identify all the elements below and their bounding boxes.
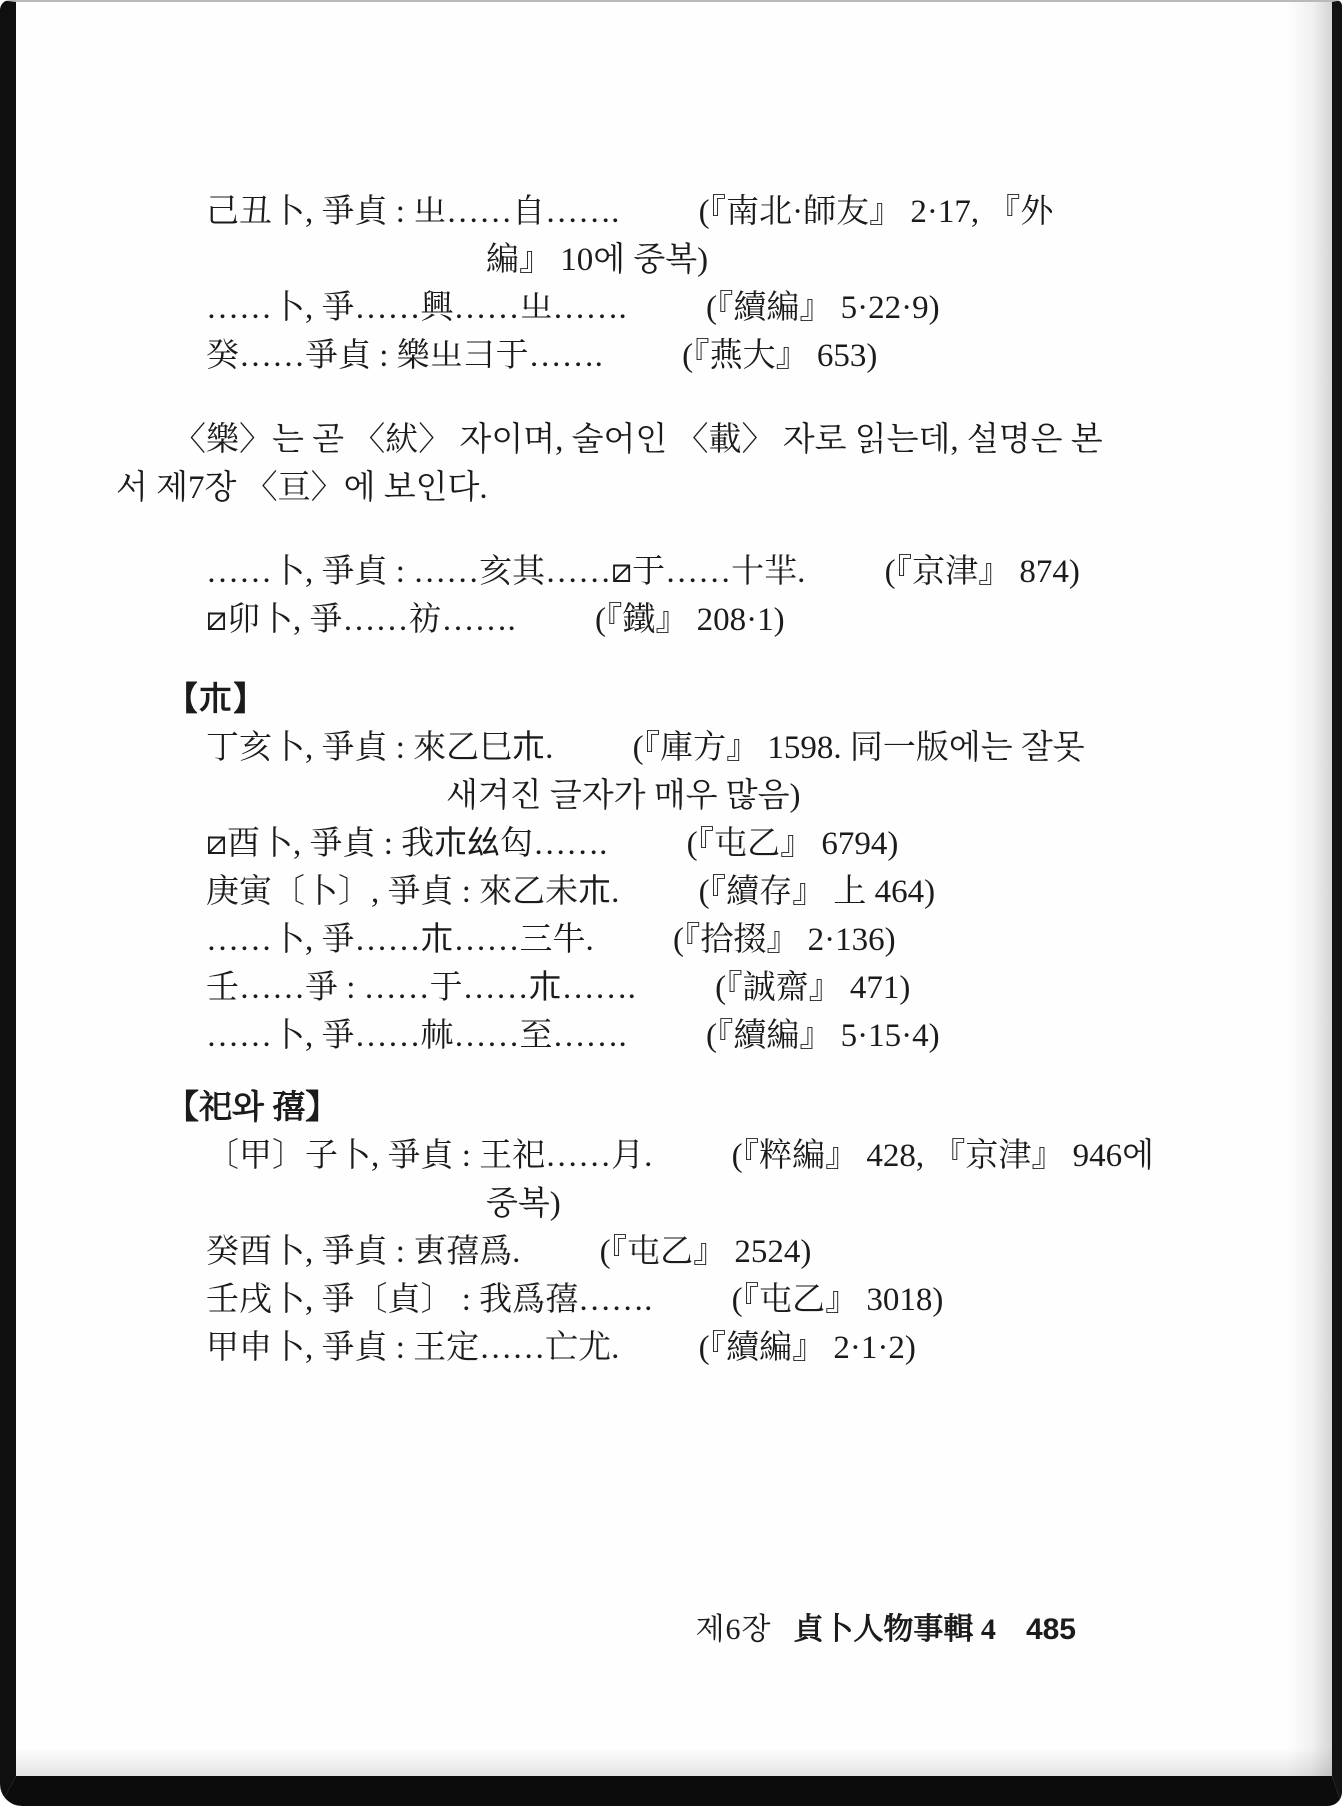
inscription-entry: ……卜, 爭……𣏟……至…….(『續編』 5·15·4) bbox=[16, 1012, 1332, 1060]
citation: (『續存』 上 464) bbox=[699, 874, 935, 910]
citation: (『庫方』 1598. 同一版에는 잘못 bbox=[633, 730, 1085, 766]
citation: (『屯乙』 6794) bbox=[687, 826, 899, 862]
inscription-text: ……卜, 爭貞 : ……亥其……⧄于……十羋. bbox=[206, 554, 805, 590]
inscription-entry: 甲申卜, 爭貞 : 王定……亡尤.(『續編』 2·1·2) bbox=[16, 1324, 1332, 1372]
inscription-text: 壬……爭 : ……于……𣎳……. bbox=[206, 970, 636, 1006]
citation: (『續編』 2·1·2) bbox=[699, 1330, 916, 1366]
inscription-entry: ⧄卯卜, 爭……祊…….(『鐵』 208·1) bbox=[16, 596, 1332, 644]
commentary-line: 〈樂〉는 곧 〈紎〉 자이며, 술어인 〈載〉 자로 읽는데, 설명은 본 bbox=[16, 416, 1332, 464]
inscription-entry: 丁亥卜, 爭貞 : 來乙巳𣎳.(『庫方』 1598. 同一版에는 잘못 bbox=[16, 724, 1332, 772]
commentary-paragraph: 〈樂〉는 곧 〈紎〉 자이며, 술어인 〈載〉 자로 읽는데, 설명은 본 서 … bbox=[16, 416, 1332, 512]
inscription-text: ……卜, 爭……𣏟……至……. bbox=[206, 1018, 627, 1054]
citation: (『拾掇』 2·136) bbox=[673, 922, 896, 958]
chapter-label: 제6장 bbox=[695, 1613, 771, 1646]
section-heading: 【𣎳】 bbox=[16, 676, 1332, 724]
section-heading: 【祀와 㝆】 bbox=[16, 1084, 1332, 1132]
inscription-entry: 己丑卜, 爭貞 : 㞢……自…….(『南北·師友』 2·17, 『外 bbox=[16, 188, 1332, 236]
bottom-edge-shading bbox=[16, 1748, 1332, 1776]
page-number: 485 bbox=[1026, 1613, 1076, 1646]
citation: (『粹編』 428, 『京津』 946에 bbox=[732, 1138, 1154, 1174]
inscription-entry: 壬戌卜, 爭〔貞〕 : 我爲㝆…….(『屯乙』 3018) bbox=[16, 1276, 1332, 1324]
inscription-entry: 壬……爭 : ……于……𣎳…….(『誠齋』 471) bbox=[16, 964, 1332, 1012]
inscription-text: 庚寅〔卜〕, 爭貞 : 來乙未𣎳. bbox=[206, 874, 619, 910]
commentary-line: 서 제7장 〈亘〉에 보인다. bbox=[16, 464, 1332, 512]
citation-continuation: 새겨진 글자가 매우 많음) bbox=[16, 772, 1332, 820]
inscription-text: 癸……爭貞 : 樂㞢彐于……. bbox=[206, 338, 603, 374]
citation-continuation: 編』 10에 중복) bbox=[16, 236, 1332, 284]
page-content: 己丑卜, 爭貞 : 㞢……自…….(『南北·師友』 2·17, 『外 編』 10… bbox=[16, 2, 1332, 1372]
citation: (『續編』 5·15·4) bbox=[706, 1018, 940, 1054]
inscription-text: ⧄酉卜, 爭貞 : 我𣎳𢆶匃……. bbox=[206, 826, 607, 862]
scanned-book-page: 己丑卜, 爭貞 : 㞢……自…….(『南北·師友』 2·17, 『外 編』 10… bbox=[0, 0, 1342, 1806]
inscription-text: ……卜, 爭……𣎳……三牛. bbox=[206, 922, 594, 958]
citation: (『誠齋』 471) bbox=[715, 970, 910, 1006]
book-title: 貞卜人物事輯 4 bbox=[793, 1613, 996, 1646]
inscription-text: 己丑卜, 爭貞 : 㞢……自……. bbox=[206, 194, 619, 230]
inscription-entry: 〔甲〕子卜, 爭貞 : 王祀……月.(『粹編』 428, 『京津』 946에 bbox=[16, 1132, 1332, 1180]
citation-continuation: 중복) bbox=[16, 1180, 1332, 1228]
inscription-text: 癸酉卜, 爭貞 : 叀㝆爲. bbox=[206, 1234, 520, 1270]
citation: (『屯乙』 2524) bbox=[600, 1234, 812, 1270]
page-footer: 제6장貞卜人物事輯 4485 bbox=[16, 1608, 1342, 1652]
citation: (『續編』 5·22·9) bbox=[706, 290, 940, 326]
inscription-entry: 庚寅〔卜〕, 爭貞 : 來乙未𣎳.(『續存』 上 464) bbox=[16, 868, 1332, 916]
citation: (『京津』 874) bbox=[885, 554, 1080, 590]
inscription-text: ⧄卯卜, 爭……祊……. bbox=[206, 602, 516, 638]
citation: (『屯乙』 3018) bbox=[732, 1282, 944, 1318]
inscription-entry: ⧄酉卜, 爭貞 : 我𣎳𢆶匃…….(『屯乙』 6794) bbox=[16, 820, 1332, 868]
inscription-entry: ……卜, 爭貞 : ……亥其……⧄于……十羋.(『京津』 874) bbox=[16, 548, 1332, 596]
inscription-entry: ……卜, 爭……興……㞢…….(『續編』 5·22·9) bbox=[16, 284, 1332, 332]
inscription-text: ……卜, 爭……興……㞢……. bbox=[206, 290, 627, 326]
citation: (『鐵』 208·1) bbox=[595, 602, 785, 638]
inscription-text: 壬戌卜, 爭〔貞〕 : 我爲㝆……. bbox=[206, 1282, 652, 1318]
inscription-entry: 癸……爭貞 : 樂㞢彐于…….(『燕大』 653) bbox=[16, 332, 1332, 380]
citation: (『南北·師友』 2·17, 『外 bbox=[699, 194, 1054, 230]
inscription-entry: ……卜, 爭……𣎳……三牛.(『拾掇』 2·136) bbox=[16, 916, 1332, 964]
inscription-entry: 癸酉卜, 爭貞 : 叀㝆爲.(『屯乙』 2524) bbox=[16, 1228, 1332, 1276]
citation: (『燕大』 653) bbox=[682, 338, 877, 374]
inscription-text: 甲申卜, 爭貞 : 王定……亡尤. bbox=[206, 1330, 619, 1366]
inscription-text: 〔甲〕子卜, 爭貞 : 王祀……月. bbox=[206, 1138, 652, 1174]
inscription-text: 丁亥卜, 爭貞 : 來乙巳𣎳. bbox=[206, 730, 553, 766]
